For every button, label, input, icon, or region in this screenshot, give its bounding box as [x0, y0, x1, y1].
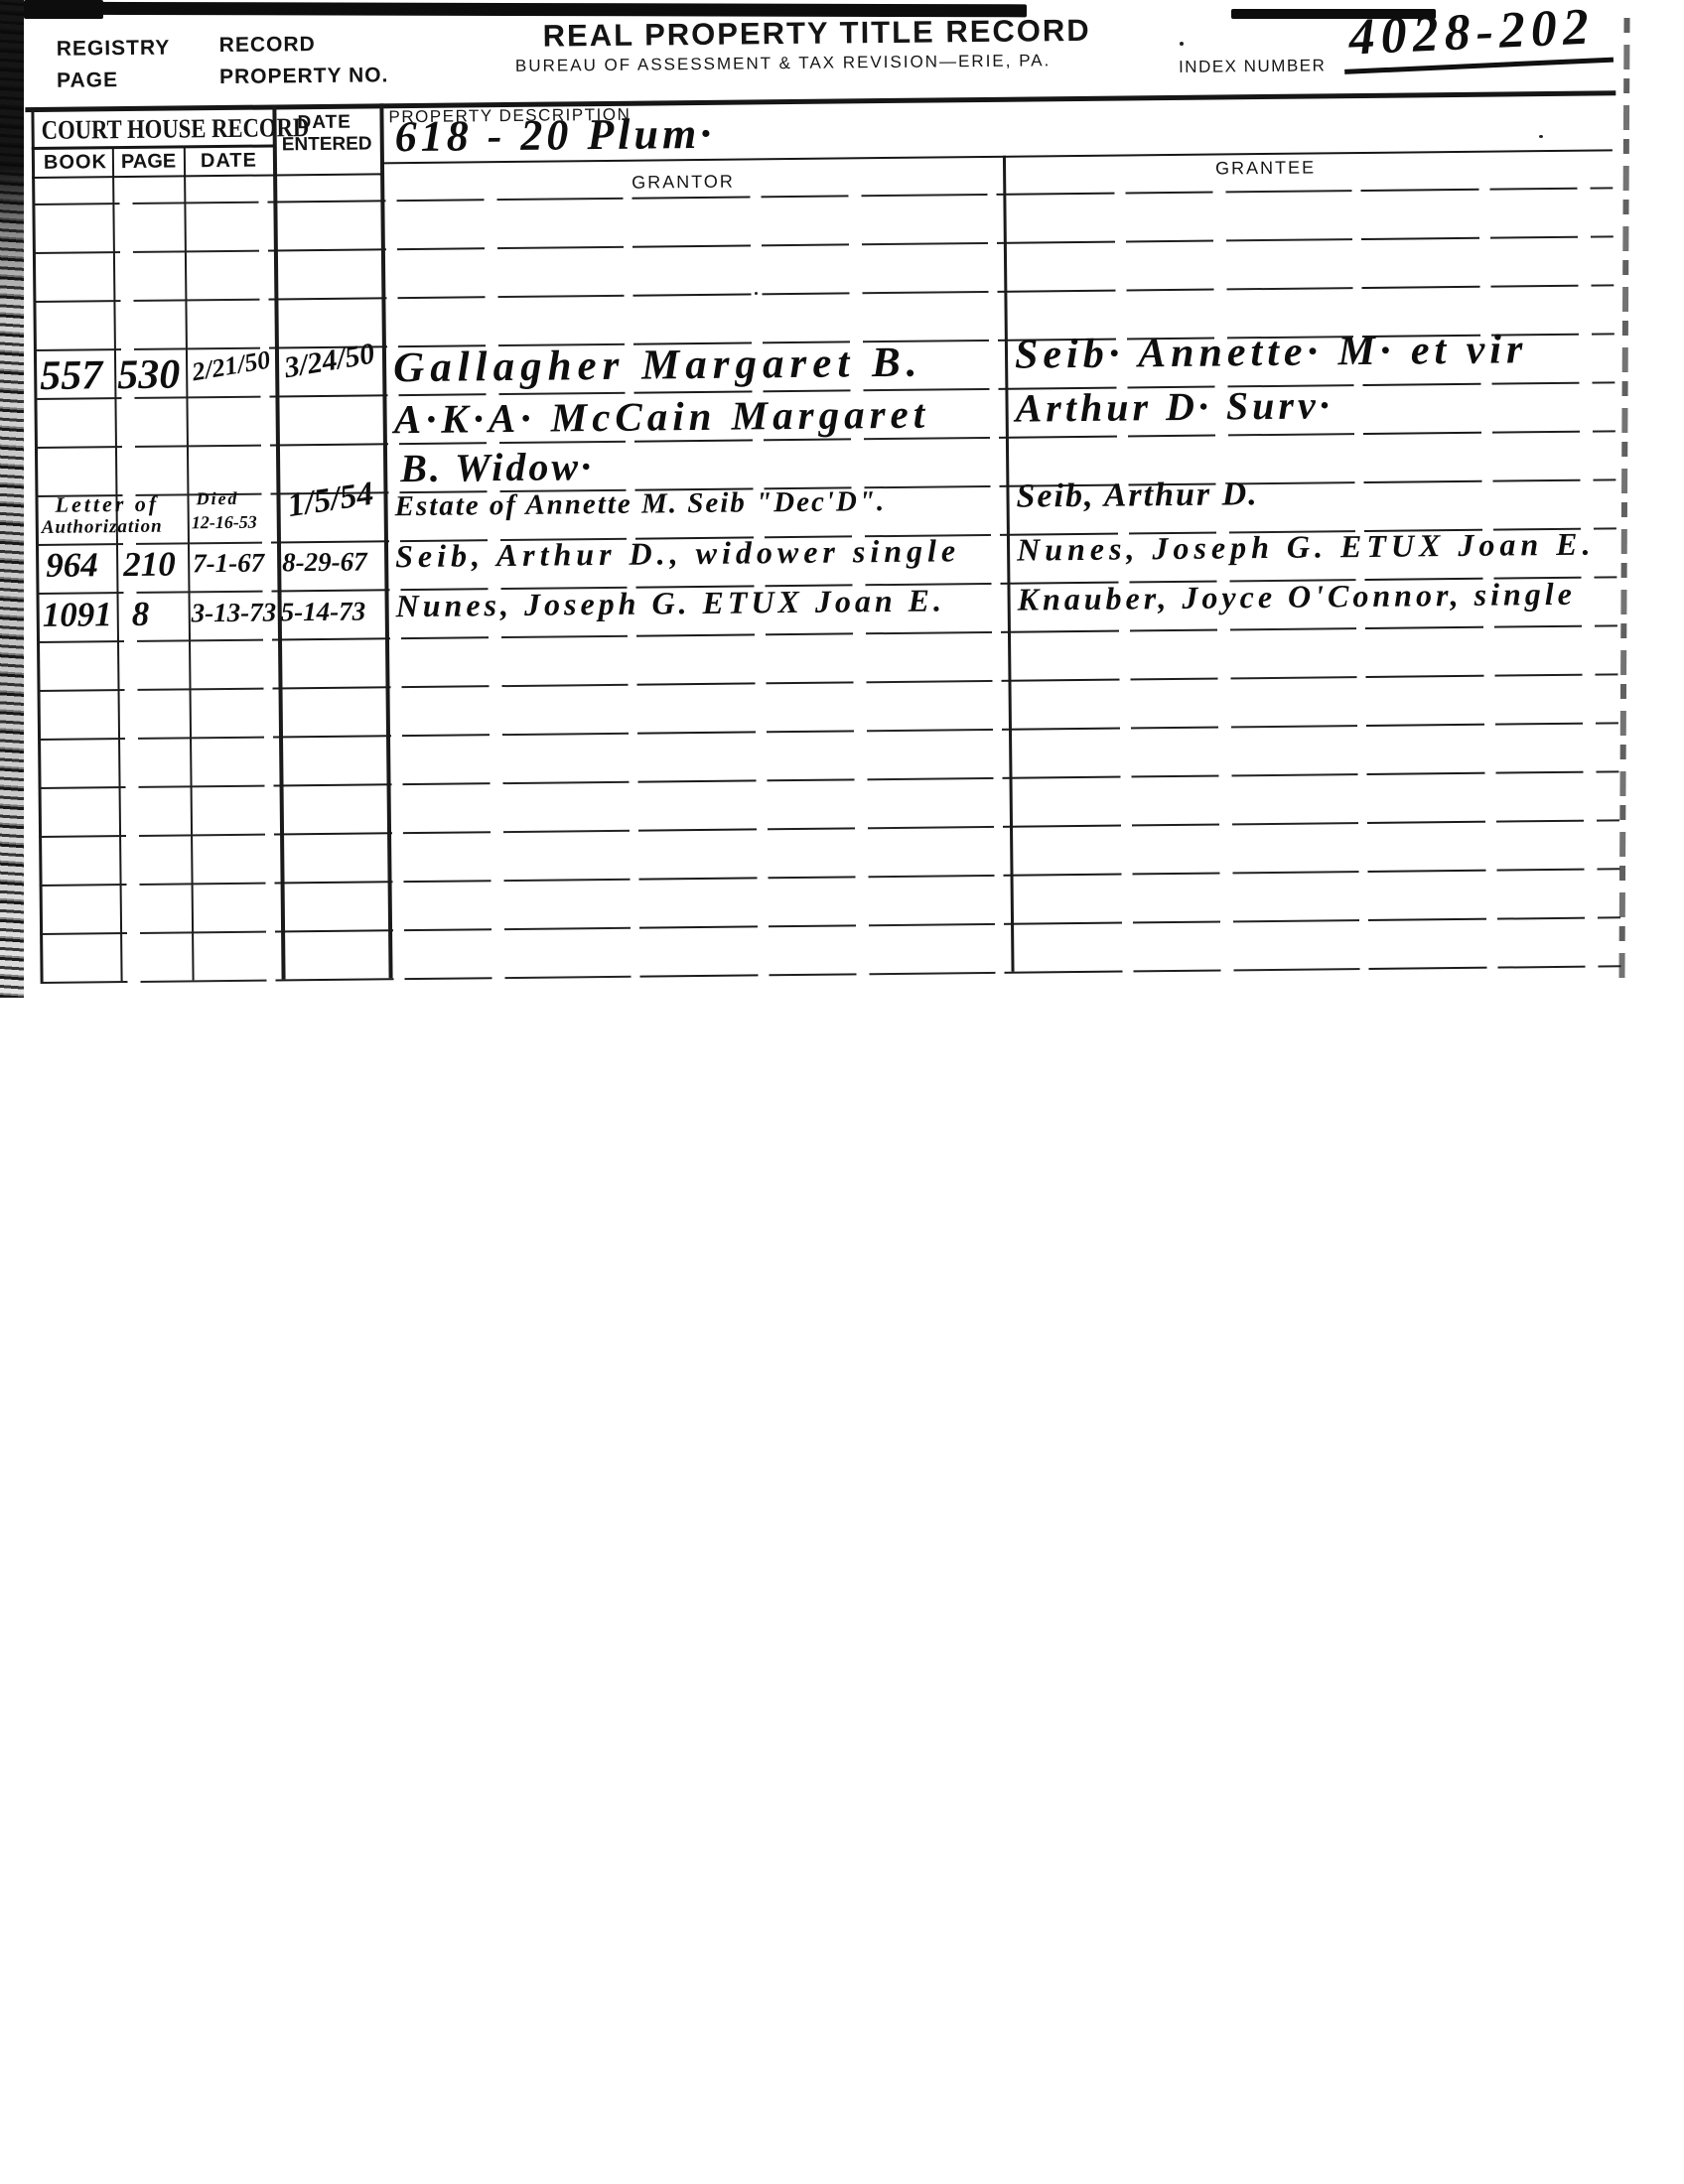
entry1-date: 2/21/50 — [190, 345, 272, 388]
court-house-record-label: COURT HOUSE RECORD — [41, 112, 309, 146]
entry2-book-page-line1: Letter of — [55, 491, 159, 518]
entry1-page: 530 — [117, 350, 180, 399]
entry4-page: 8 — [132, 595, 150, 634]
record-label-line2: PROPERTY NO. — [219, 64, 389, 89]
ruled-line — [38, 722, 1618, 741]
entry1-grantor-line2: A·K·A· McCain Margaret — [393, 390, 929, 444]
ruled-line — [33, 284, 1614, 303]
entry1-date-entered: 3/24/50 — [282, 337, 377, 385]
column-date-entered-label-line1: DATE — [297, 112, 351, 135]
divider-grantor-grantee — [1003, 156, 1015, 972]
property-description-value: 618 - 20 Plum· — [394, 108, 715, 162]
grantee-label: GRANTEE — [1215, 157, 1316, 179]
record-label-line1: RECORD — [219, 33, 316, 58]
entry1-grantor-line3: B. Widow· — [400, 443, 594, 491]
table-top-border — [25, 90, 1615, 112]
entry1-grantee-line2: Arthur D· Surv· — [1015, 381, 1333, 431]
entry3-grantee: Nunes, Joseph G. ETUX Joan E. — [1017, 526, 1596, 569]
ruled-line — [41, 965, 1621, 984]
entry3-date-entered: 8-29-67 — [282, 547, 367, 579]
entry2-grantee: Seib, Arthur D. — [1016, 476, 1259, 516]
column-book-label: BOOK — [44, 151, 107, 175]
entry4-date-entered: 5-14-73 — [281, 597, 366, 628]
entry4-book: 1091 — [43, 595, 112, 635]
entry1-book: 557 — [40, 351, 102, 400]
column-date-entered-label-line2: ENTERED — [282, 133, 372, 156]
entry4-grantee: Knauber, Joyce O'Connor, single — [1017, 576, 1576, 618]
divider-book-page — [112, 148, 123, 981]
index-number-label: INDEX NUMBER — [1179, 56, 1327, 77]
entry1-grantee-line1: Seib· Annette· M· et vir — [1015, 326, 1528, 378]
entry3-grantor: Seib, Arthur D., widower single — [395, 532, 960, 575]
entry4-date: 3-13-73 — [192, 597, 277, 628]
entry3-page: 210 — [123, 545, 176, 586]
ruled-line — [32, 187, 1613, 205]
page-title: REAL PROPERTY TITLE RECORD — [542, 13, 1090, 55]
record-sheet: REGISTRY PAGE RECORD PROPERTY NO. REAL P… — [0, 0, 1684, 1003]
ruled-line — [40, 916, 1620, 935]
ruled-line — [40, 868, 1620, 887]
entry2-grantor: Estate of Annette M. Seib "Dec'D". — [394, 485, 886, 523]
scanned-title-record-page: REGISTRY PAGE RECORD PROPERTY NO. REAL P… — [0, 0, 1684, 2184]
registry-label-line2: PAGE — [57, 68, 118, 93]
ruled-line — [39, 770, 1619, 789]
registry-label-line1: REGISTRY — [57, 37, 171, 62]
entry1-grantor-line1: Gallagher Margaret B. — [393, 339, 923, 393]
column-page-label: PAGE — [121, 151, 176, 175]
ruled-line — [39, 819, 1619, 838]
grantor-label: GRANTOR — [631, 172, 735, 194]
entry3-date: 7-1-67 — [193, 548, 264, 580]
entry3-book: 964 — [46, 545, 98, 586]
entry2-book-page-line2: Authorization — [42, 516, 163, 539]
ruled-line — [33, 235, 1614, 254]
entry2-date-entered: 1/5/54 — [285, 476, 376, 526]
column-date-label: DATE — [201, 150, 257, 174]
entry2-date-line1: Died — [196, 488, 238, 509]
entry4-grantor: Nunes, Joseph G. ETUX Joan E. — [395, 582, 945, 624]
index-number-value: 4028-202 — [1341, 0, 1614, 74]
page-subtitle: BUREAU OF ASSESSMENT & TAX REVISION—ERIE… — [515, 51, 1052, 76]
ruled-line — [38, 673, 1618, 692]
entry2-date-line2: 12-16-53 — [192, 512, 257, 534]
